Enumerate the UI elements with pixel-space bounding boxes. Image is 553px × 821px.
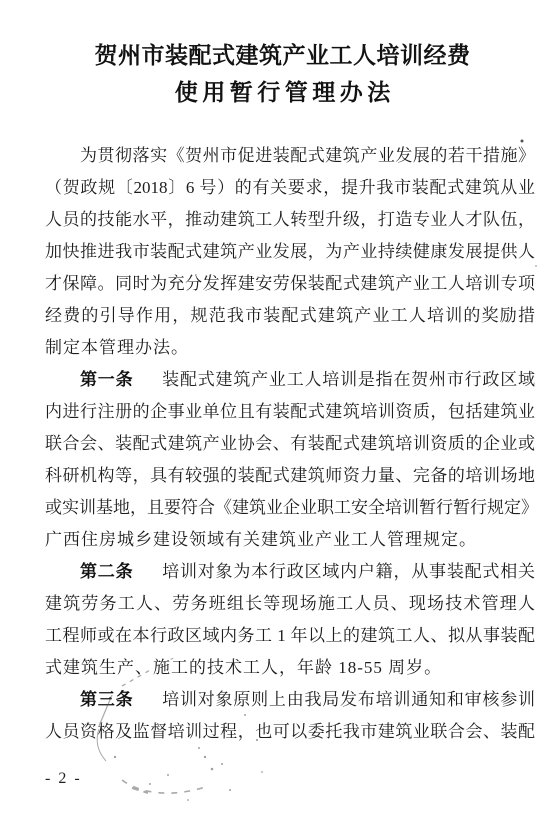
line-text: 制定本管理办法。 — [45, 338, 189, 357]
body-line: 内进行注册的企事业单位且有装配式建筑培训资质，包括建筑业 — [45, 396, 535, 428]
line-text: 才保障。同时为充分发挥建安劳保装配式建筑产业工人培训专项 — [45, 274, 535, 293]
line-text: 为贯彻落实《贺州市促进装配式建筑产业发展的若干措施》 — [80, 146, 535, 165]
article-line: 第三条培训对象原则上由我局发布培训通知和审核参训 — [45, 684, 535, 716]
line-text: 培训对象原则上由我局发布培训通知和审核参训 — [161, 690, 535, 709]
document-body: 为贯彻落实《贺州市促进装配式建筑产业发展的若干措施》（贺政规〔2018〕6 号）… — [45, 140, 535, 748]
page-number: - 2 - — [45, 763, 82, 795]
document-title: 贺州市装配式建筑产业工人培训经费 使用暂行管理办法 — [20, 37, 545, 111]
body-line: 人员的技能水平，推动建筑工人转型升级，打造专业人才队伍， — [45, 204, 535, 236]
body-line: 加快推进我市装配式建筑产业发展，为产业持续健康发展提供人 — [45, 236, 535, 268]
article-line: 第二条培训对象为本行政区域内户籍，从事装配式相关 — [45, 556, 535, 588]
body-line: 广西住房城乡建设领域有关建筑业产业工人管理规定。 — [45, 524, 535, 556]
body-line: 经费的引导作用，规范我市装配式建筑产业工人培训的奖励措施， — [45, 300, 535, 332]
line-text: 人员的技能水平，推动建筑工人转型升级，打造专业人才队伍， — [45, 210, 535, 229]
line-text: 加快推进我市装配式建筑产业发展，为产业持续健康发展提供人 — [45, 242, 535, 261]
article-number-label: 第三条 — [80, 690, 133, 709]
body-line: 科研机构等，具有较强的装配式建筑师资力量、完备的培训场地 — [45, 460, 535, 492]
body-line: 才保障。同时为充分发挥建安劳保装配式建筑产业工人培训专项 — [45, 268, 535, 300]
line-text: 广西住房城乡建设领域有关建筑业产业工人管理规定。 — [45, 530, 477, 549]
line-text: 式建筑生产、施工的技术工人，年龄 18-55 周岁。 — [45, 658, 442, 677]
line-text: 培训对象为本行政区域内户籍，从事装配式相关 — [161, 562, 535, 581]
line-text: 内进行注册的企事业单位且有装配式建筑培训资质，包括建筑业 — [45, 402, 535, 421]
line-text: 经费的引导作用，规范我市装配式建筑产业工人培训的奖励措施， — [45, 306, 535, 332]
line-text: 工程师或在本行政区域内务工 1 年以上的建筑工人、拟从事装配 — [45, 626, 535, 645]
body-line: 建筑劳务工人、劳务班组长等现场施工人员、现场技术管理人员、 — [45, 588, 535, 620]
body-line: 工程师或在本行政区域内务工 1 年以上的建筑工人、拟从事装配 — [45, 620, 535, 652]
line-text: 人员资格及监督培训过程，也可以委托我市建筑业联合会、装配 — [45, 722, 535, 741]
body-line: （贺政规〔2018〕6 号）的有关要求，提升我市装配式建筑从业 — [45, 172, 535, 204]
body-line: 制定本管理办法。 — [45, 332, 535, 364]
line-text: 科研机构等，具有较强的装配式建筑师资力量、完备的培训场地 — [45, 466, 535, 485]
article-number-label: 第一条 — [80, 370, 133, 389]
body-line: 为贯彻落实《贺州市促进装配式建筑产业发展的若干措施》 — [45, 140, 535, 172]
body-line: 人员资格及监督培训过程，也可以委托我市建筑业联合会、装配 — [45, 716, 535, 748]
line-text: （贺政规〔2018〕6 号）的有关要求，提升我市装配式建筑从业 — [45, 178, 535, 197]
document-page: 贺州市装配式建筑产业工人培训经费 使用暂行管理办法 为贯彻落实《贺州市促进装配式… — [0, 0, 553, 821]
line-text: 建筑劳务工人、劳务班组长等现场施工人员、现场技术管理人员、 — [45, 594, 535, 620]
body-line: 式建筑生产、施工的技术工人，年龄 18-55 周岁。 — [45, 652, 535, 684]
body-line: 联合会、装配式建筑产业协会、有装配式建筑培训资质的企业或 — [45, 428, 535, 460]
title-line-1: 贺州市装配式建筑产业工人培训经费 — [20, 37, 545, 74]
body-line: 或实训基地，且要符合《建筑业企业职工安全培训暂行暂行规定》 — [45, 492, 535, 524]
article-line: 第一条装配式建筑产业工人培训是指在贺州市行政区域 — [45, 364, 535, 396]
title-line-2: 使用暂行管理办法 — [20, 74, 545, 111]
article-number-label: 第二条 — [80, 562, 133, 581]
line-text: 或实训基地，且要符合《建筑业企业职工安全培训暂行暂行规定》 — [45, 498, 535, 517]
line-text: 装配式建筑产业工人培训是指在贺州市行政区域 — [161, 370, 535, 389]
line-text: 联合会、装配式建筑产业协会、有装配式建筑培训资质的企业或 — [45, 434, 535, 453]
